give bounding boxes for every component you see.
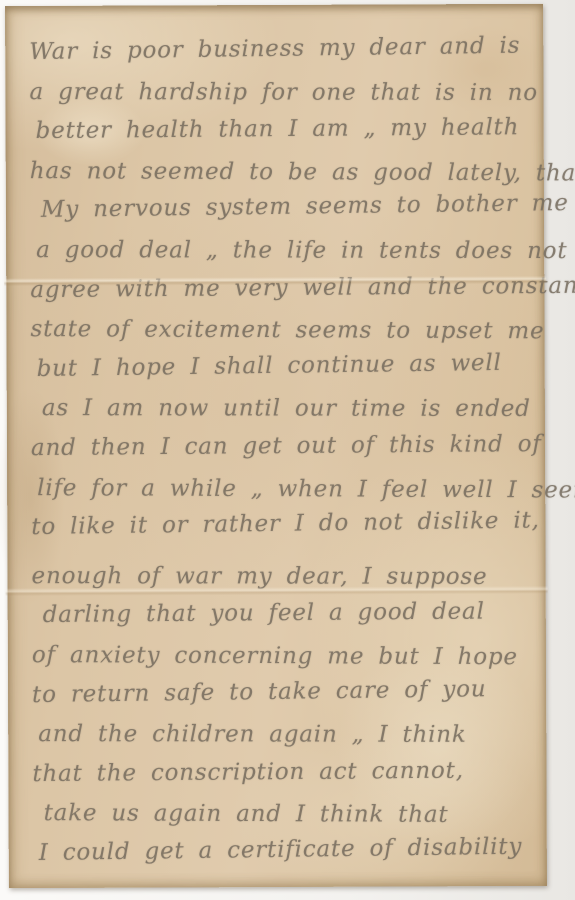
letter-line: darling that you feel a good deal [32, 592, 546, 636]
letter-line: as I am now until our time is ended [31, 389, 545, 429]
letter-line: to like it or rather I do not dislike it… [31, 501, 545, 547]
letter-line: and the children again „ I think [32, 715, 546, 755]
letter-line: agree with me very well and the constant [30, 267, 544, 311]
letter-line: My nervous system seems to bother me [30, 185, 544, 231]
scanned-letter: War is poor business my dear and is a gr… [0, 0, 575, 900]
letter-line: a great hardship for one that is in no [29, 73, 543, 113]
letter-page: War is poor business my dear and is a gr… [5, 4, 547, 888]
letter-line: War is poor business my dear and is [29, 26, 543, 72]
letter-line: that the conscription act cannot, [32, 751, 546, 795]
letter-line: I could get a certificate of disability [33, 827, 547, 873]
letter-line: better health than I am „ my health [29, 108, 543, 152]
letter-body: War is poor business my dear and is a gr… [5, 4, 547, 888]
letter-line: and then I can get out of this kind of [31, 425, 545, 469]
letter-line: a good deal „ the life in tents does not [30, 231, 544, 271]
letter-line: but I hope I shall continue as well [30, 343, 544, 389]
letter-line: to return safe to take care of you [32, 669, 546, 715]
letter-line: enough of war my dear, I suppose [32, 557, 546, 597]
